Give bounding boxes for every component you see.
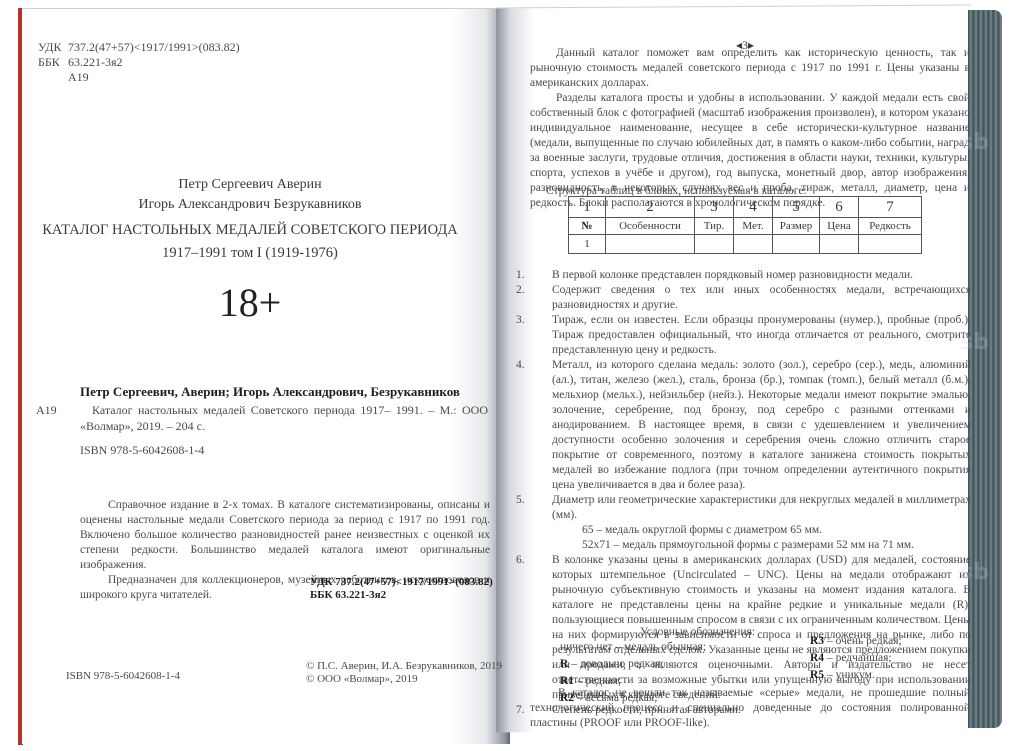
udk-bottom: УДК 737.2(47+57)<1917/1991>(083.82) ББК … [310, 576, 493, 602]
book-years: 1917–1991 том I (1919-1976) [40, 246, 460, 261]
biblio-isbn: ISBN 978-5-6042608-1-4 [80, 443, 204, 458]
list-item: 4.Металл, из которого сделана медаль: зо… [516, 358, 971, 493]
page-edges [968, 10, 1002, 728]
left-page [22, 8, 510, 744]
legend-item: ничего нет – медаль обычная; [560, 640, 706, 655]
table-row: 1 [569, 235, 922, 254]
authors: Петр Сергеевич Аверин Игорь Александрови… [40, 175, 460, 215]
watermark: sb [960, 130, 989, 155]
copyright: © П.С. Аверин, И.А. Безрукавников, 2019 … [306, 660, 502, 686]
table-number-row: 1 2 3 4 5 6 7 [569, 197, 922, 218]
author-mark-row: А19 [38, 70, 240, 85]
legend-right-column: R3 – очень редкая; R4 – редчайшая; R5 – … [810, 634, 902, 685]
biblio-body: Каталог настольных медалей Советского пе… [80, 402, 488, 434]
isbn-bottom: ISBN 978-5-6042608-1-4 [66, 669, 180, 684]
legend-item: R3 – очень редкая; [810, 634, 902, 649]
biblio-code: А19 [36, 403, 57, 418]
bbk-row: ББК63.221-3я2 [38, 55, 240, 70]
list-item: 5.Диаметр или геометрические характерист… [516, 493, 971, 553]
classification-block: УДК737.2(47+57)<1917/1991>(083.82) ББК63… [38, 40, 240, 85]
watermark: sb [960, 330, 989, 355]
legend-title: Условные обозначения: [640, 625, 755, 640]
watermark: sb [960, 560, 989, 585]
book-title: КАТАЛОГ НАСТОЛЬНЫХ МЕДАЛЕЙ СОВЕТСКОГО ПЕ… [40, 220, 460, 240]
list-item: 3.Тираж, если он известен. Если образцы … [516, 313, 971, 358]
structure-table: 1 2 3 4 5 6 7 № Особенности Тир. Мет. Ра… [568, 196, 922, 254]
list-item: 2.Содержит сведения о тех или иных особе… [516, 283, 971, 313]
age-rating: 18+ [40, 280, 460, 326]
udk-row: УДК737.2(47+57)<1917/1991>(083.82) [38, 40, 240, 55]
biblio-heading: Петр Сергеевич, Аверин; Игорь Александро… [80, 384, 460, 399]
book-spread: УДК737.2(47+57)<1917/1991>(083.82) ББК63… [0, 0, 1024, 751]
legend-item: R4 – редчайшая; [810, 651, 902, 666]
list-item: 1.В первой колонке представлен порядковы… [516, 268, 971, 283]
legend-item: R5 – уникум. [810, 668, 902, 683]
outro-text: В каталог не вошли так называемые «серые… [530, 686, 970, 731]
table-header-row: № Особенности Тир. Мет. Размер Цена Редк… [569, 218, 922, 235]
legend-item: R – довольно редкая; [560, 657, 706, 672]
